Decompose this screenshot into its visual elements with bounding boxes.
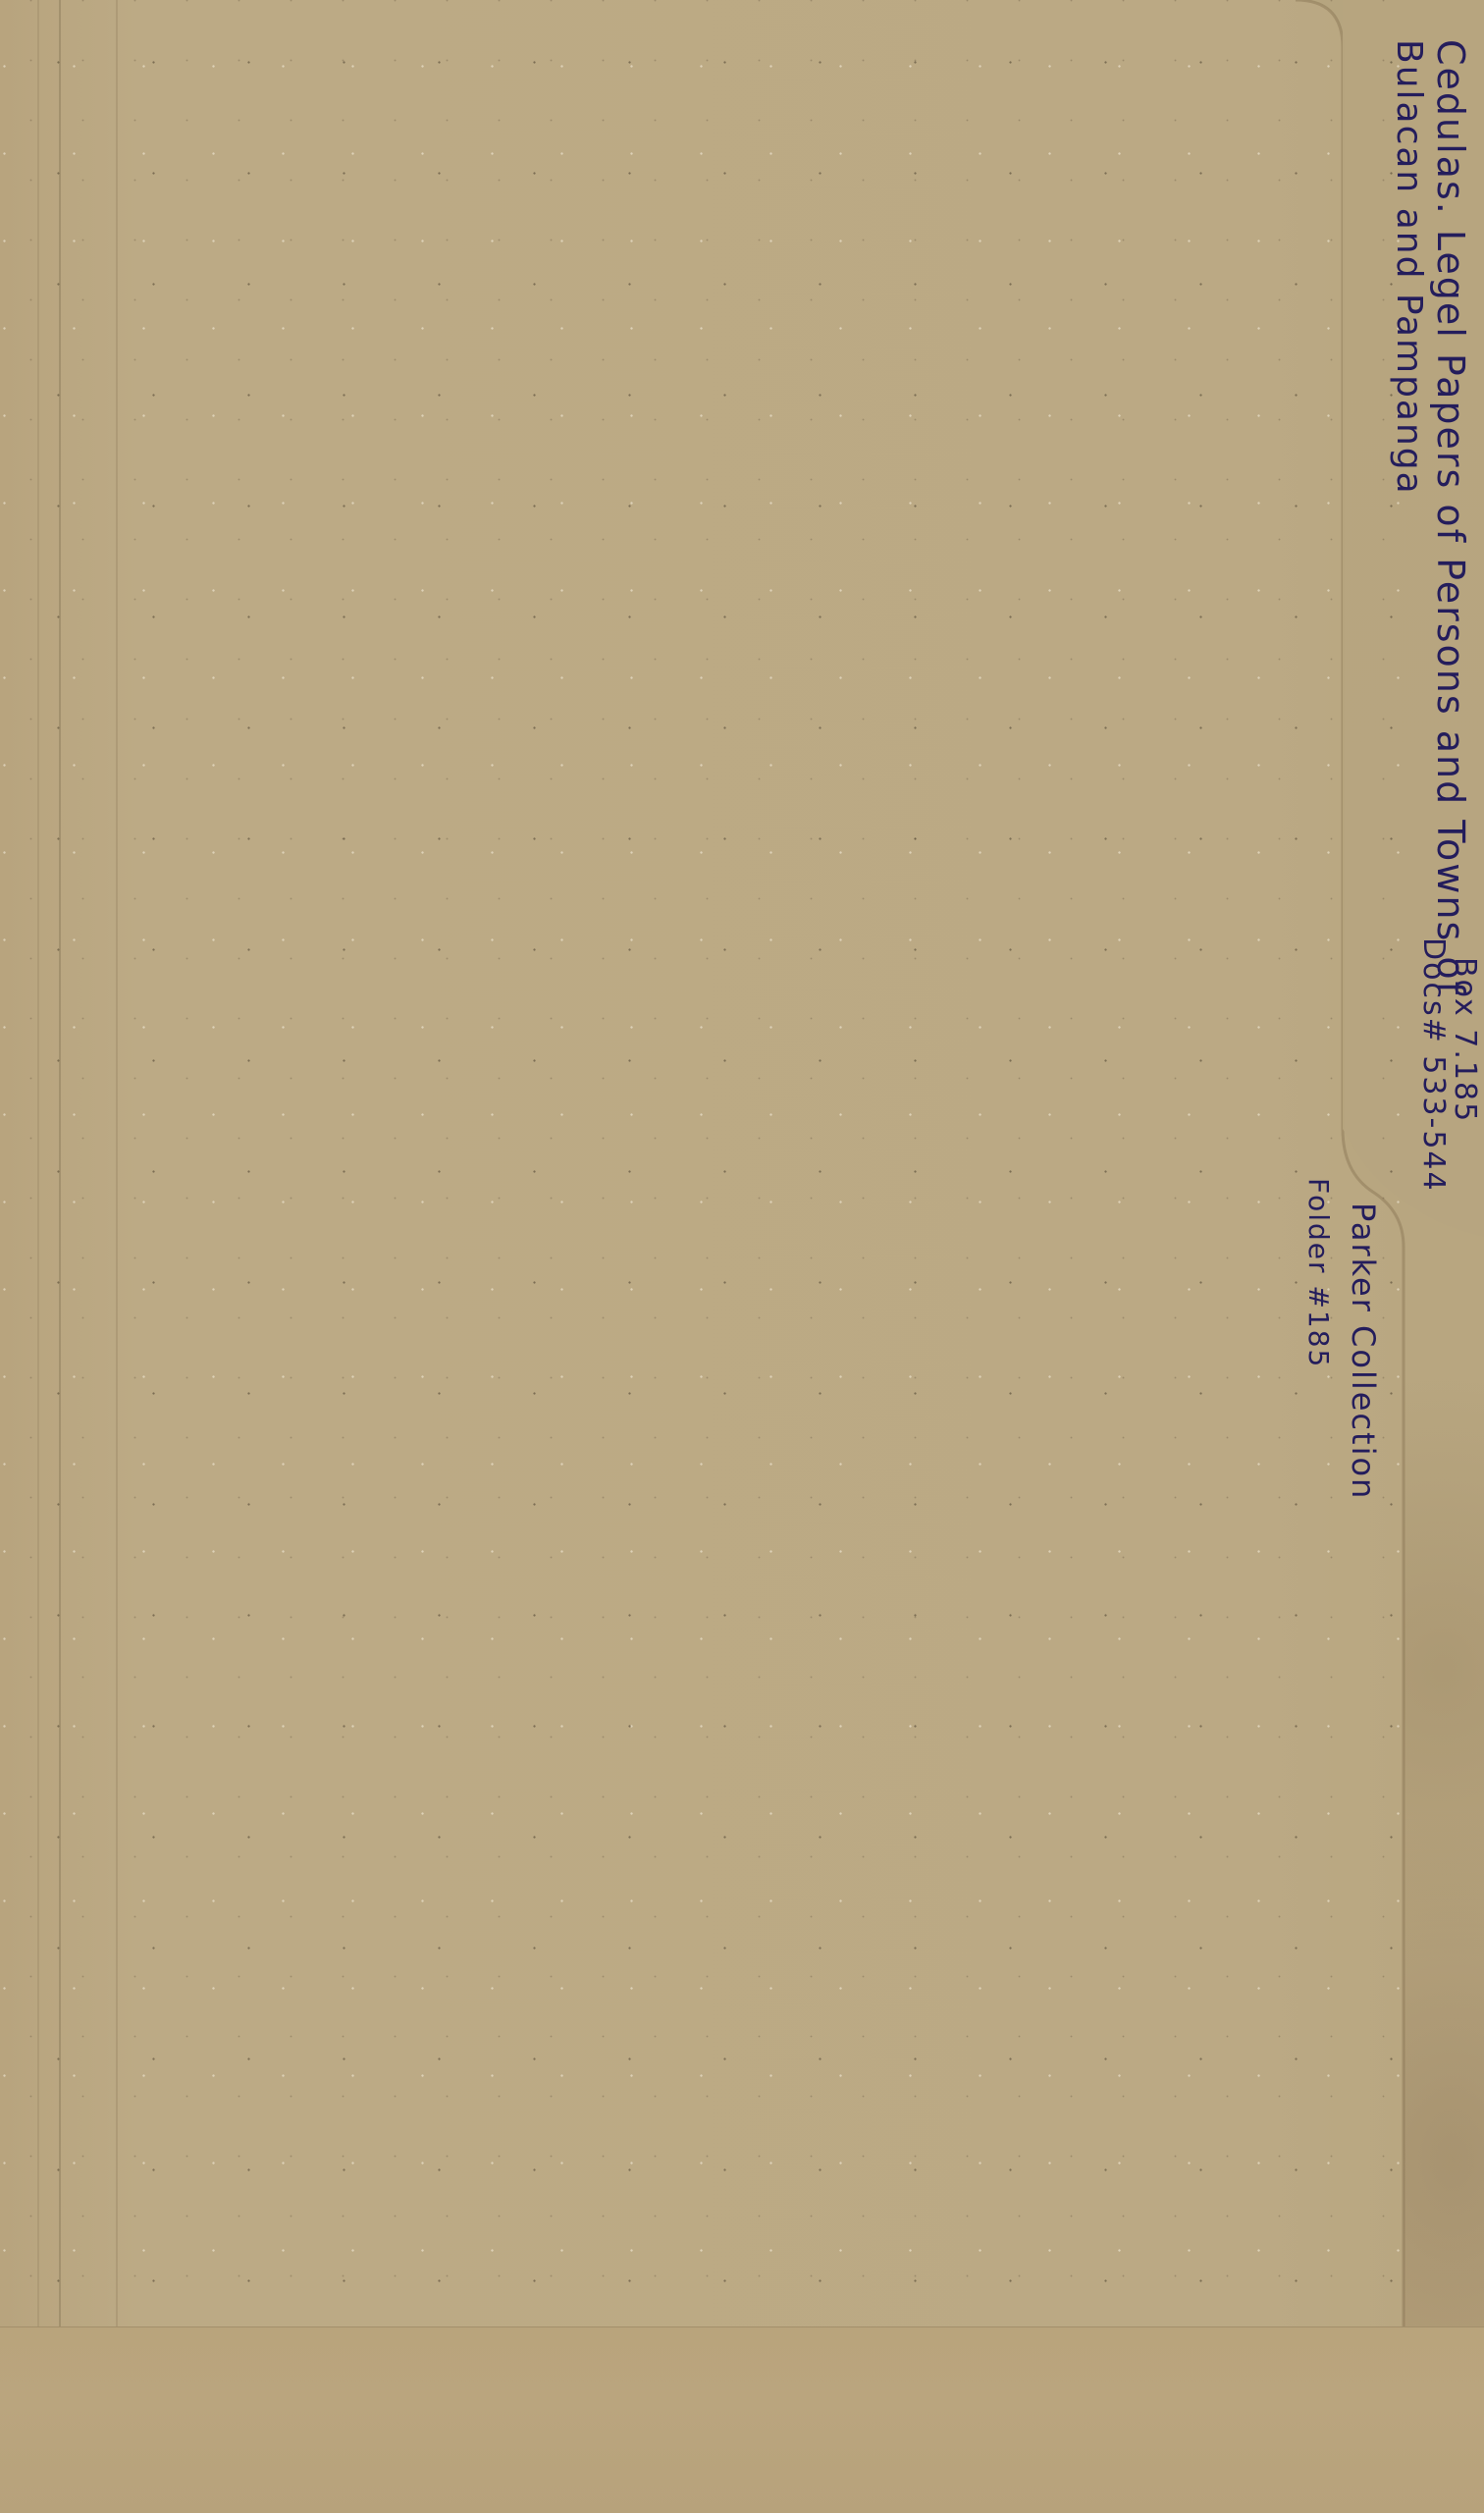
- folder-scan: Cedulas. Legel Papers of Persons and Tow…: [0, 0, 1484, 2513]
- score-line: [59, 0, 61, 2326]
- folder-front-panel: [0, 0, 1484, 2326]
- folder-title-line-2: Bulacan and Pampanga: [1389, 39, 1429, 496]
- folder-title-line-1: Cedulas. Legel Papers of Persons and Tow…: [1429, 39, 1472, 996]
- score-line: [116, 0, 118, 2326]
- folder-bottom-edge: [0, 2326, 1484, 2513]
- document-range: Docs# 533-544: [1416, 937, 1451, 1193]
- box-number: Box 7.185: [1448, 957, 1482, 1123]
- folder-number: Folder #185: [1302, 1178, 1335, 1368]
- folder-tab-shape: [0, 0, 1484, 2326]
- score-line: [37, 0, 39, 2326]
- collection-name: Parker Collection: [1345, 1203, 1382, 1500]
